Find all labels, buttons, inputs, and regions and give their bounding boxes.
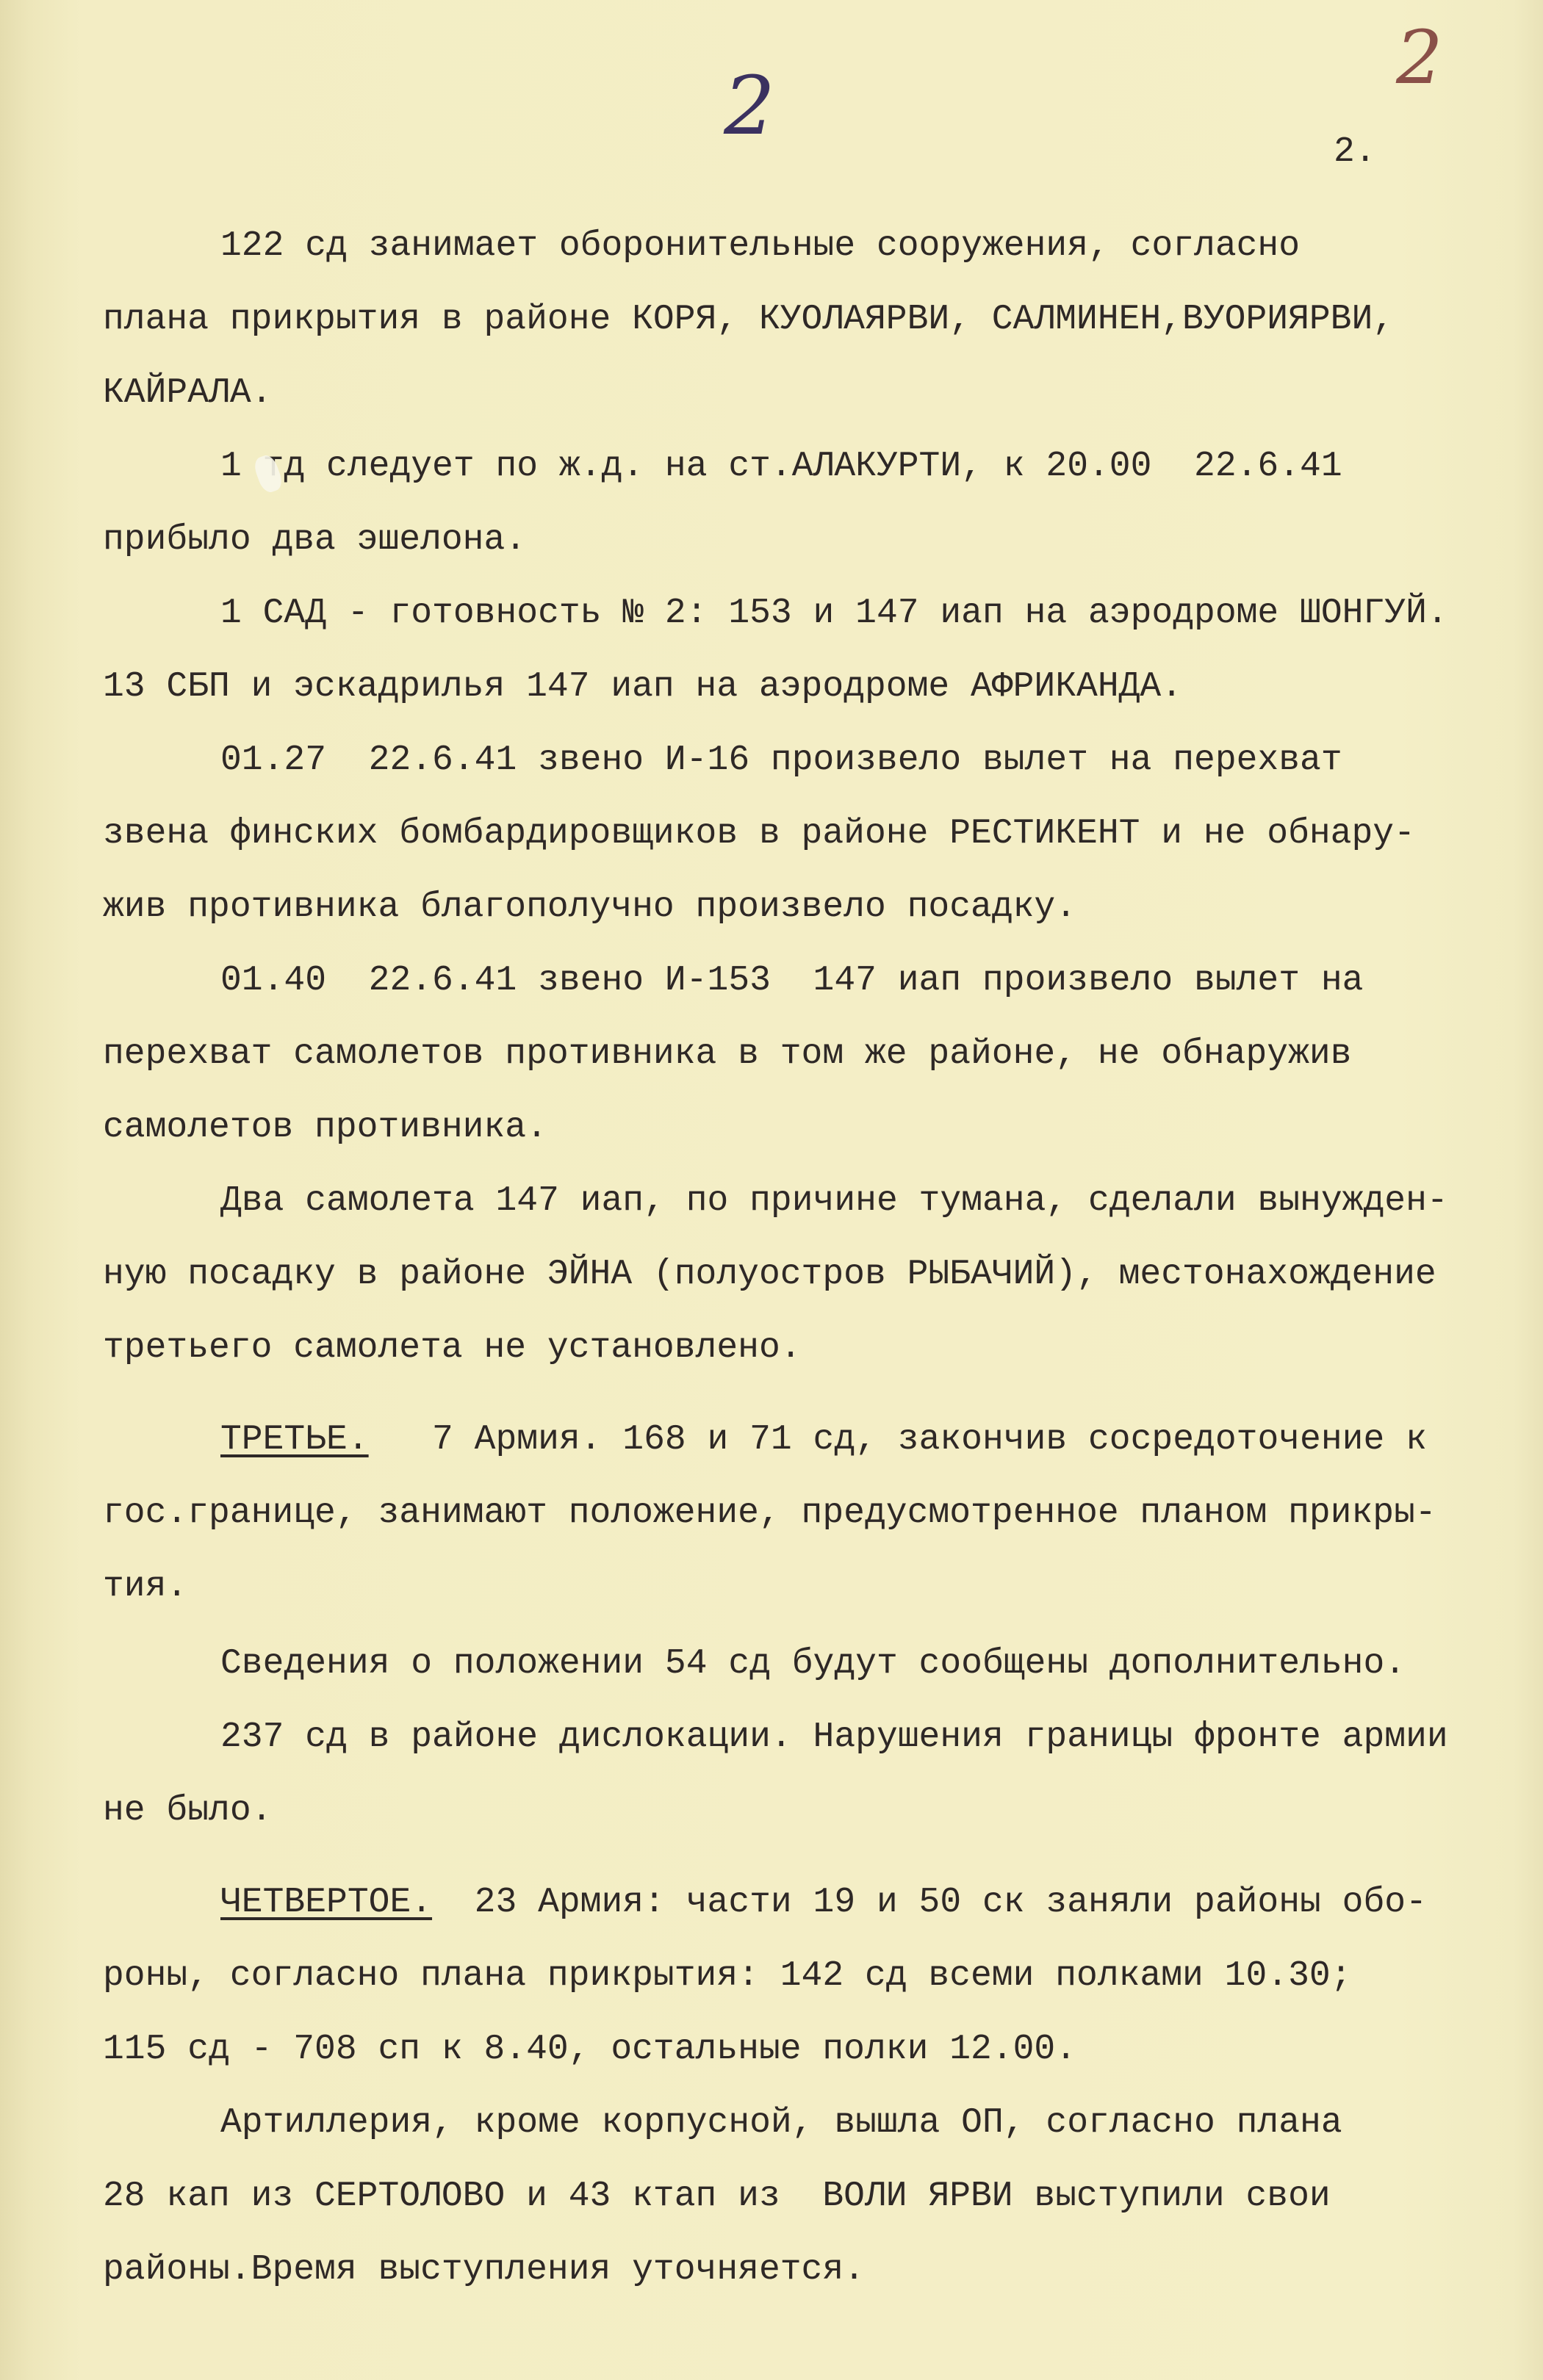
text-line: 13 СБП и эскадрилья 147 иап на аэродроме… [103,668,1182,705]
text-line: 01.40 22.6.41 звено И-153 147 иап произв… [220,962,1363,999]
text-line: ную посадку в районе ЭЙНА (полуостров РЫ… [103,1256,1436,1293]
text-line: самолетов противника. [103,1109,547,1146]
text-line: 01.27 22.6.41 звено И-16 произвело вылет… [220,742,1342,779]
text-line: роны, согласно плана прикрытия: 142 сд в… [103,1958,1351,1994]
text-line: 1 тд следует по ж.д. на ст.АЛАКУРТИ, к 2… [220,448,1342,485]
text-line: 1 САД - готовность № 2: 153 и 147 иап на… [220,595,1448,632]
text-line: третьего самолета не установлено. [103,1330,802,1366]
typed-page-number: 2. [1334,132,1376,172]
section-heading: ЧЕТВЕРТОЕ. [220,1883,432,1922]
text-line: не было. [103,1792,272,1829]
text-line: 237 сд в районе дислокации. Нарушения гр… [220,1719,1448,1756]
text-line: жив противника благополучно произвело по… [103,889,1076,926]
text-line: Два самолета 147 иап, по причине тумана,… [220,1183,1448,1219]
text-line-content: 23 Армия: части 19 и 50 ск заняли районы… [432,1883,1427,1922]
text-line: 115 сд - 708 сп к 8.40, остальные полки … [103,2031,1076,2068]
text-line: тия. [103,1568,187,1605]
text-line: районы.Время выступления уточняется. [103,2251,865,2288]
text-line: звена финских бомбардировщиков в районе … [103,815,1415,852]
text-line: Артиллерия, кроме корпусной, вышла ОП, с… [220,2105,1342,2141]
text-line: 122 сд занимает оборонительные сооружени… [220,228,1300,264]
text-line: 28 кап из СЕРТОЛОВО и 43 ктап из ВОЛИ ЯР… [103,2178,1331,2215]
handwritten-page-number: 2 [724,59,775,153]
text-line: плана прикрытия в районе КОРЯ, КУОЛАЯРВИ… [103,301,1394,338]
text-line: Сведения о положении 54 сд будут сообщен… [220,1645,1406,1682]
text-line: КАЙРАЛА. [103,375,272,411]
text-line: ЧЕТВЕРТОЕ. 23 Армия: части 19 и 50 ск за… [220,1884,1427,1921]
text-line-content: 7 Армия. 168 и 71 сд, закончив сосредото… [369,1420,1427,1460]
text-line: прибыло два эшелона. [103,522,526,558]
section-heading: ТРЕТЬЕ. [220,1420,369,1460]
text-line: перехват самолетов противника в том же р… [103,1036,1351,1072]
text-line: ТРЕТЬЕ. 7 Армия. 168 и 71 сд, закончив с… [220,1421,1427,1458]
text-line: гос.границе, занимают положение, предусм… [103,1495,1436,1532]
handwritten-archive-number: 2 [1396,15,1443,101]
